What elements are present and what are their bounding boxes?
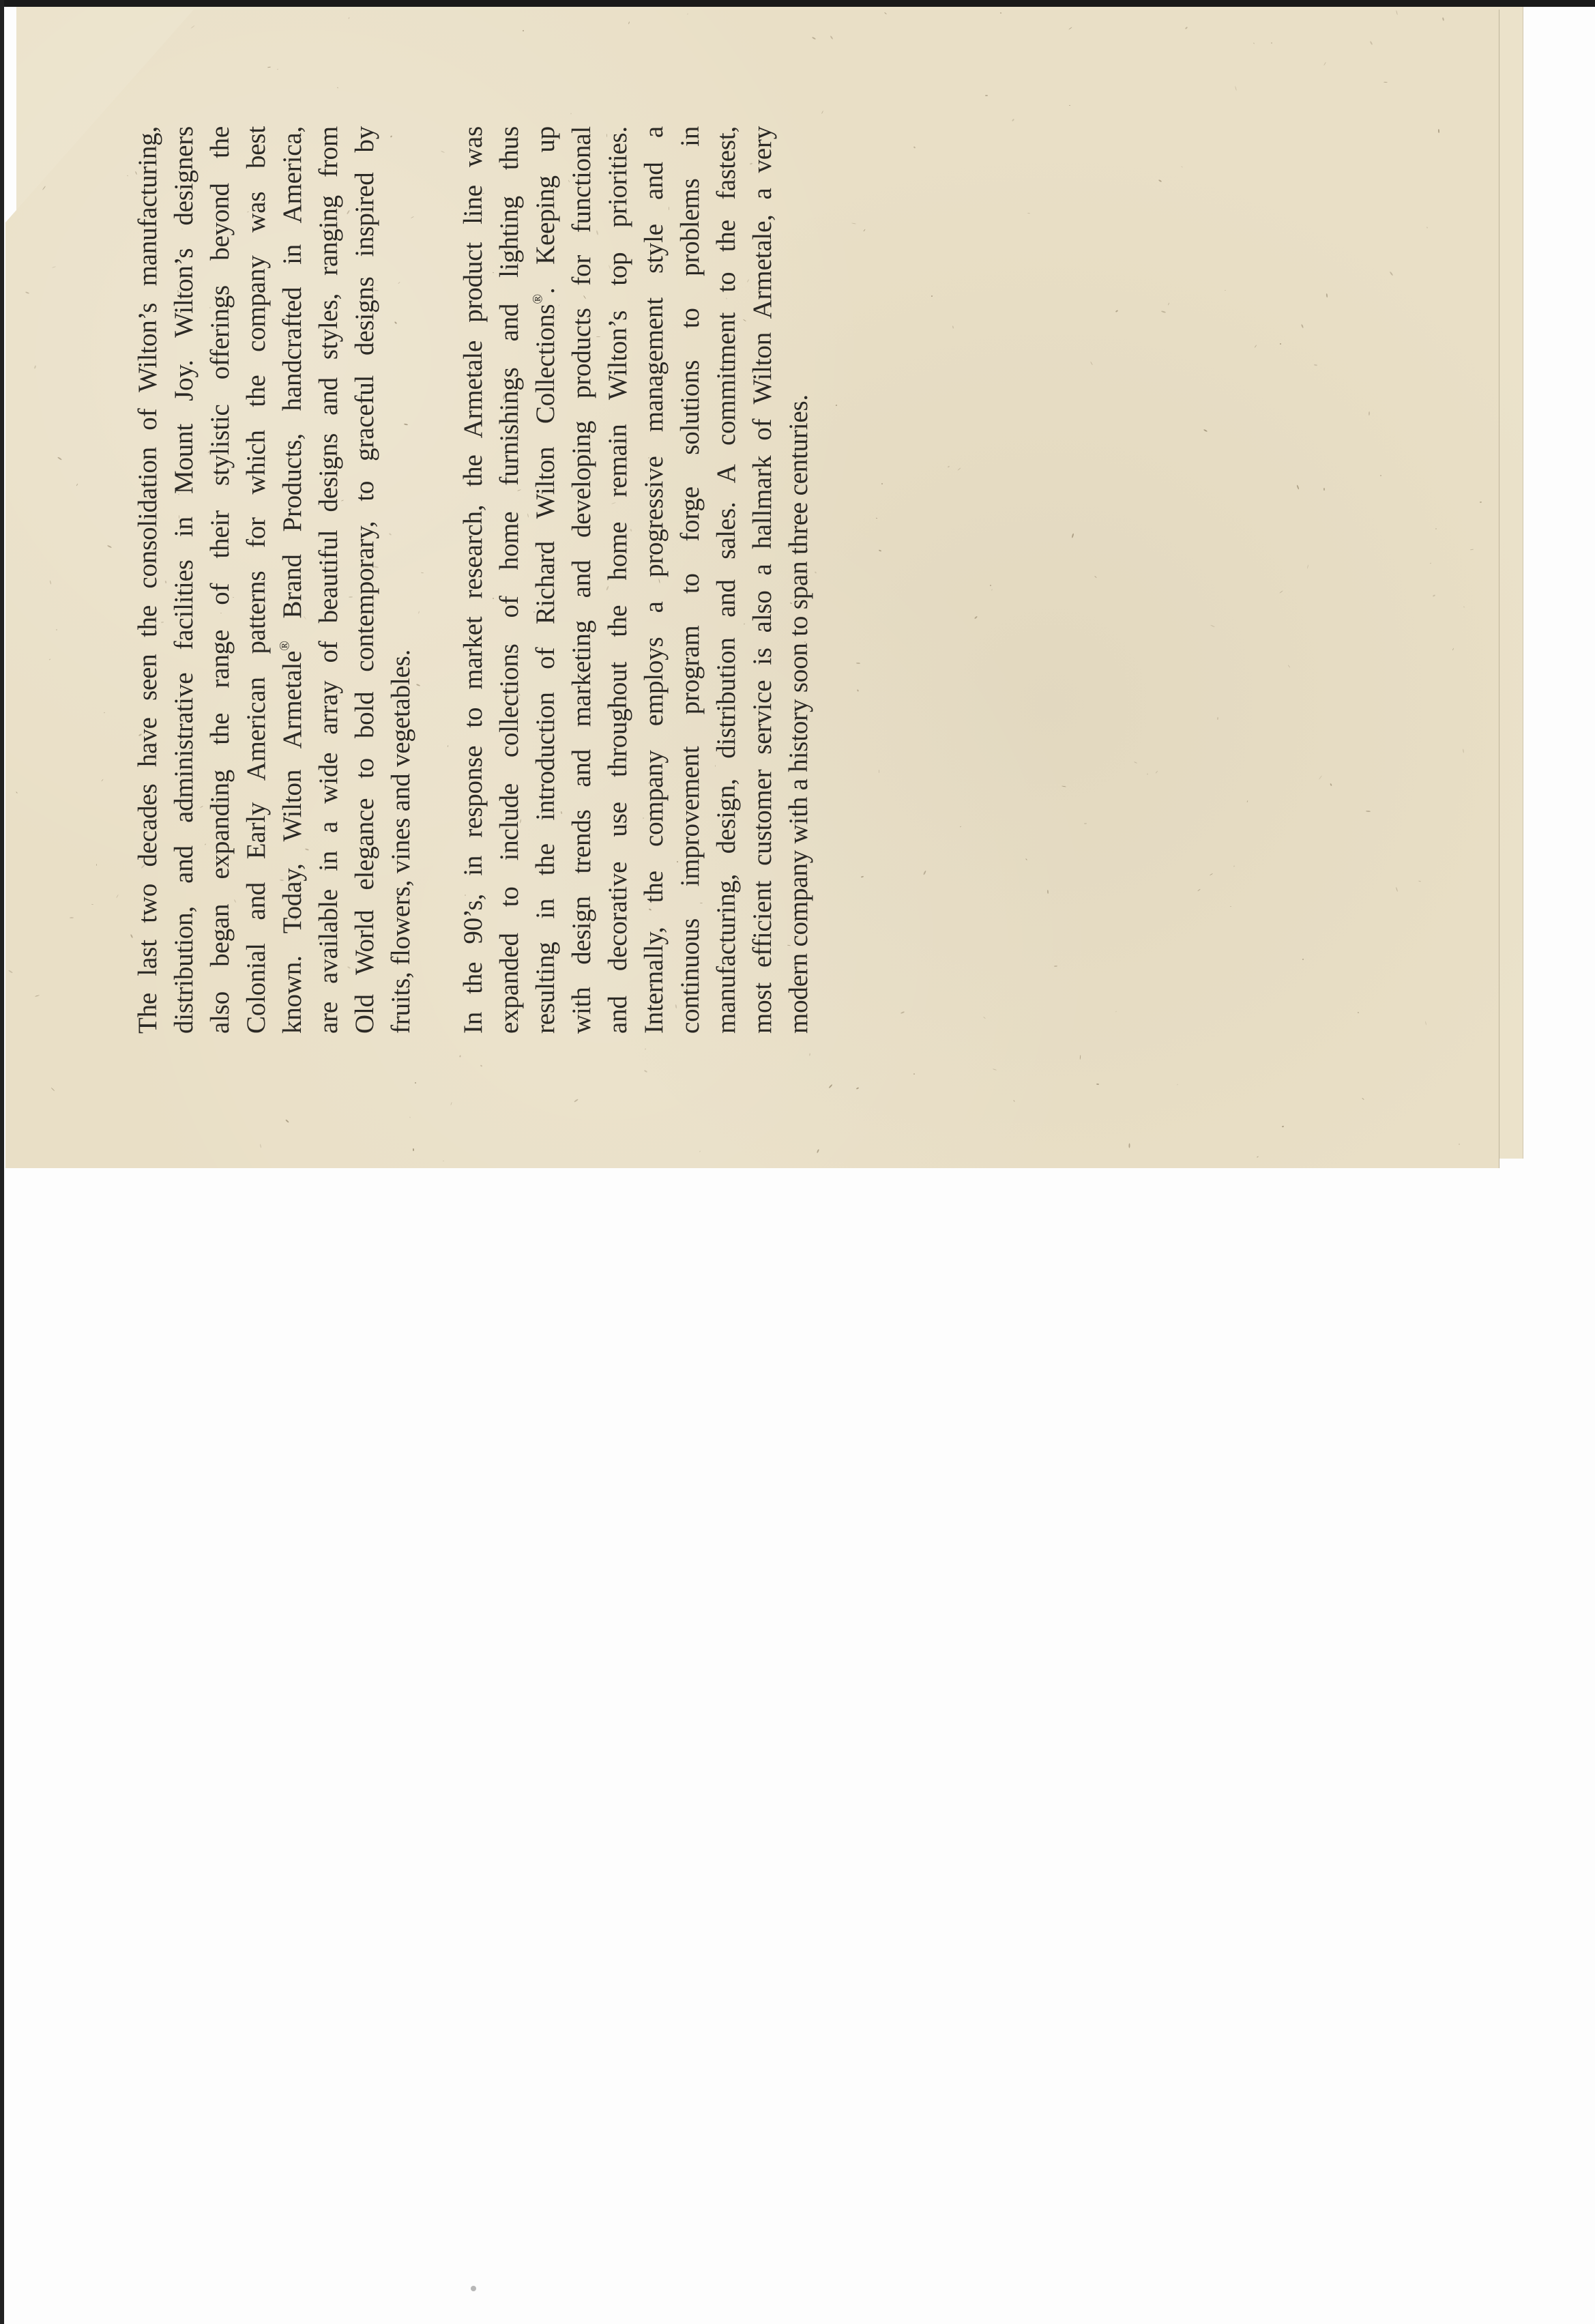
paper-fiber-speck bbox=[923, 870, 926, 875]
paper-fiber-speck bbox=[1128, 1143, 1130, 1148]
paper-fiber-speck bbox=[1255, 345, 1257, 348]
paper-fiber-speck bbox=[863, 229, 865, 232]
paper-fiber-speck bbox=[983, 1017, 986, 1019]
paper-fiber-speck bbox=[285, 1119, 289, 1123]
paper-fiber-speck bbox=[644, 1070, 647, 1073]
paper-fiber-speck bbox=[574, 1099, 579, 1103]
paper-fiber-speck bbox=[1296, 484, 1299, 489]
text-line: Colonial and Early American patterns for… bbox=[238, 126, 274, 1034]
paper-fiber-speck bbox=[76, 484, 78, 486]
text-line: The last two decades have seen the conso… bbox=[130, 126, 166, 1034]
paper-fiber-speck bbox=[830, 35, 834, 40]
paper-fiber-speck bbox=[628, 21, 630, 24]
paper-fiber-speck bbox=[480, 1064, 483, 1066]
paper-fiber-speck bbox=[450, 1102, 452, 1105]
paper-fiber-speck bbox=[1225, 290, 1226, 291]
paper-fiber-speck bbox=[1301, 324, 1304, 328]
paper-fiber-speck bbox=[413, 1148, 414, 1151]
paper-fiber-speck bbox=[1323, 488, 1325, 491]
paper-fiber-speck bbox=[1096, 1084, 1099, 1085]
paper-fiber-speck bbox=[1084, 823, 1087, 824]
paper-fiber-speck bbox=[879, 549, 881, 551]
paper-fiber-speck bbox=[96, 864, 97, 866]
paper-fiber-speck bbox=[957, 467, 961, 471]
text-line: and decorative use throughout the home r… bbox=[600, 126, 636, 1034]
paper-fiber-speck bbox=[1330, 783, 1332, 786]
paper-fiber-speck bbox=[1203, 429, 1208, 433]
paper-fiber-speck bbox=[993, 1069, 997, 1071]
paper-fiber-speck bbox=[1480, 502, 1482, 503]
paper-fiber-speck bbox=[107, 545, 112, 549]
paper-fiber-speck bbox=[1384, 82, 1388, 83]
paper-fiber-speck bbox=[104, 712, 105, 714]
paper-fiber-speck bbox=[1027, 213, 1030, 214]
paper-fiber-speck bbox=[699, 1150, 701, 1152]
paper-fiber-speck bbox=[1094, 576, 1097, 578]
paper-fiber-speck bbox=[70, 917, 74, 918]
paper-fiber-speck bbox=[277, 69, 278, 70]
paper-fiber-speck bbox=[1362, 1098, 1364, 1100]
paper-fiber-speck bbox=[1257, 1156, 1259, 1157]
paper-fiber-speck bbox=[1314, 364, 1317, 366]
paper-fiber-speck bbox=[1181, 166, 1183, 167]
paper-fiber-speck bbox=[1323, 62, 1326, 66]
paper-fiber-speck bbox=[1013, 1100, 1015, 1102]
paper-fiber-speck bbox=[1390, 272, 1394, 276]
paper-fiber-speck bbox=[821, 111, 823, 114]
paper-fiber-speck bbox=[443, 1161, 444, 1161]
paper-fiber-speck bbox=[337, 87, 338, 88]
paper-fiber-speck bbox=[1072, 533, 1074, 538]
paper-fiber-speck bbox=[1080, 1055, 1081, 1060]
text-line: fruits, flowers, vines and vegetables. bbox=[383, 126, 419, 1034]
paper-fiber-speck bbox=[1433, 594, 1435, 597]
paper-fiber-speck bbox=[974, 616, 978, 620]
paper-fiber-speck bbox=[348, 17, 349, 19]
paper-fiber-speck bbox=[1326, 293, 1328, 297]
paper-fiber-speck bbox=[1435, 528, 1437, 529]
text-line: modern company with a history soon to sp… bbox=[780, 126, 817, 1034]
paper-fiber-speck bbox=[1000, 12, 1002, 14]
paper-fiber-speck bbox=[1366, 811, 1371, 812]
paper-fiber-speck bbox=[812, 37, 816, 40]
paper-fiber-speck bbox=[25, 291, 29, 294]
paper-fiber-speck bbox=[1210, 625, 1215, 628]
paper-fiber-speck bbox=[1418, 880, 1421, 882]
paper-fiber-speck bbox=[1230, 906, 1231, 907]
paper-fiber-speck bbox=[1235, 86, 1237, 91]
text-line: with design trends and marketing and dev… bbox=[564, 126, 600, 1034]
document-text: The last two decades have seen the conso… bbox=[130, 126, 853, 1034]
paper-fiber-speck bbox=[948, 465, 950, 467]
paper-fiber-speck bbox=[1134, 761, 1137, 764]
paper-fiber-speck bbox=[1426, 227, 1427, 228]
paper-fiber-speck bbox=[881, 483, 883, 485]
paper-fiber-speck bbox=[1425, 1021, 1426, 1025]
paper-fiber-speck bbox=[985, 95, 988, 96]
paper-fiber-speck bbox=[645, 1048, 645, 1049]
paper-fiber-speck bbox=[990, 585, 991, 586]
paper-fiber-speck bbox=[56, 629, 58, 631]
paper-fiber-speck bbox=[1115, 1011, 1117, 1012]
paper-fiber-speck bbox=[876, 518, 877, 519]
paper-fiber-speck bbox=[1279, 590, 1283, 593]
paper-fiber-speck bbox=[1185, 27, 1188, 29]
paper-fiber-speck bbox=[415, 1082, 417, 1084]
paper-fiber-speck bbox=[1158, 179, 1162, 182]
paper-fiber-speck bbox=[1155, 770, 1158, 773]
scanner-edge-top bbox=[0, 0, 1595, 7]
paper-fiber-speck bbox=[1197, 889, 1201, 892]
text-line: known. Today, Wilton Armetale® Brand Pro… bbox=[274, 126, 310, 1034]
paper-fiber-speck bbox=[523, 30, 525, 32]
paper-fiber-speck bbox=[913, 1073, 916, 1075]
paper-fiber-speck bbox=[1168, 302, 1169, 305]
text-line: Internally, the company employs a progre… bbox=[636, 126, 672, 1034]
paragraph-2: In the 90’s, in response to market resea… bbox=[455, 126, 817, 1034]
paper-fiber-speck bbox=[1280, 343, 1282, 345]
paper-fiber-speck bbox=[16, 791, 18, 794]
paper-fiber-speck bbox=[1062, 785, 1066, 787]
paper-fiber-speck bbox=[267, 67, 271, 68]
paper-fiber-speck bbox=[1246, 800, 1248, 802]
paper-fiber-speck bbox=[901, 1011, 905, 1014]
paper-fiber-speck bbox=[1068, 27, 1072, 29]
paper-fiber-speck bbox=[1025, 858, 1027, 860]
paper-fiber-speck bbox=[91, 904, 93, 905]
paper-fiber-speck bbox=[52, 266, 56, 268]
paper-fiber-speck bbox=[1271, 42, 1272, 44]
paragraph-1: The last two decades have seen the conso… bbox=[130, 126, 419, 1034]
paper-fiber-speck bbox=[1396, 10, 1398, 15]
paper-fiber-speck bbox=[960, 826, 961, 827]
paper-fiber-speck bbox=[8, 970, 13, 973]
paper-fiber-speck bbox=[1307, 564, 1309, 568]
paper-fiber-speck bbox=[1161, 310, 1166, 313]
paper-fiber-speck bbox=[35, 995, 40, 997]
paper-fiber-speck bbox=[952, 325, 954, 328]
paper-fiber-speck bbox=[570, 113, 571, 114]
paper-fiber-speck bbox=[50, 580, 51, 584]
paper-fiber-speck bbox=[1115, 310, 1118, 313]
text-line: also began expanding the range of their … bbox=[202, 126, 238, 1034]
paper-fiber-speck bbox=[856, 1087, 859, 1090]
paper-fiber-speck bbox=[1282, 1126, 1284, 1128]
paper-fiber-speck bbox=[861, 875, 864, 877]
scanner-edge-left bbox=[0, 0, 4, 2324]
text-line: In the 90’s, in response to market resea… bbox=[455, 126, 491, 1034]
text-line: continuous improvement program to forge … bbox=[672, 126, 708, 1034]
paper-fiber-speck bbox=[1430, 562, 1431, 564]
paper-fiber-speck bbox=[1452, 648, 1454, 650]
paper-fiber-speck bbox=[884, 12, 887, 14]
paper-fiber-speck bbox=[116, 895, 119, 899]
text-line: resulting in the introduction of Richard… bbox=[527, 126, 564, 1034]
paper-fiber-speck bbox=[1177, 1084, 1178, 1085]
paper-fiber-speck bbox=[1253, 42, 1255, 44]
paper-fiber-speck bbox=[1463, 749, 1464, 753]
paper-fiber-speck bbox=[817, 1149, 819, 1153]
paper-fiber-speck bbox=[1370, 41, 1373, 45]
paper-fiber-speck bbox=[809, 1053, 810, 1056]
paper-fiber-speck bbox=[931, 295, 933, 297]
paper-fiber-speck bbox=[1358, 1012, 1359, 1013]
paper-fiber-speck bbox=[1217, 717, 1218, 720]
paper-fiber-speck bbox=[991, 589, 993, 590]
paper-fiber-speck bbox=[1369, 411, 1370, 416]
paper-fiber-speck bbox=[1470, 549, 1474, 551]
paper-fiber-speck bbox=[51, 1088, 55, 1092]
paper-fiber-speck bbox=[1012, 119, 1014, 121]
paper-fiber-speck bbox=[1302, 959, 1304, 961]
paper-fiber-speck bbox=[1463, 606, 1465, 607]
paper-fiber-speck bbox=[879, 770, 879, 773]
paper-fiber-speck bbox=[1047, 890, 1049, 894]
text-line: distribution, and administrative facilit… bbox=[166, 126, 202, 1034]
paper-fiber-speck bbox=[1054, 965, 1057, 968]
paper-fiber-speck bbox=[1438, 129, 1439, 133]
paper-fiber-speck bbox=[856, 663, 860, 664]
paper-fiber-speck bbox=[127, 175, 128, 177]
paper-fiber-speck bbox=[57, 456, 62, 460]
text-line: are available in a wide array of beautif… bbox=[310, 126, 347, 1034]
text-line: manufacturing, design, distribution and … bbox=[708, 126, 744, 1034]
paper-fiber-speck bbox=[1233, 865, 1234, 867]
paper-fiber-speck bbox=[49, 658, 50, 660]
paper-fiber-speck bbox=[913, 146, 916, 149]
paper-fiber-speck bbox=[1442, 17, 1444, 20]
paper-fiber-speck bbox=[857, 689, 859, 692]
paper-fiber-speck bbox=[1090, 362, 1093, 366]
paper-fiber-speck bbox=[1288, 665, 1291, 668]
dust-speck bbox=[471, 2286, 476, 2291]
paper-fiber-speck bbox=[34, 365, 37, 368]
paper-fiber-speck bbox=[687, 13, 688, 14]
paper-fiber-speck bbox=[1380, 475, 1382, 477]
text-line: most efficient customer service is also … bbox=[744, 126, 780, 1034]
paper-fiber-speck bbox=[409, 1116, 410, 1118]
paper-fiber-speck bbox=[42, 186, 46, 190]
paper-fiber-speck bbox=[1319, 775, 1322, 779]
text-line: expanded to include collections of home … bbox=[491, 126, 527, 1034]
paper-fiber-speck bbox=[1396, 887, 1398, 892]
text-line: Old World elegance to bold contemporary,… bbox=[347, 126, 383, 1034]
paper-fiber-speck bbox=[1147, 773, 1147, 774]
paper-fiber-speck bbox=[828, 1084, 832, 1089]
paper-fiber-speck bbox=[1459, 1144, 1461, 1146]
paper-fiber-speck bbox=[101, 779, 103, 782]
paper-fiber-speck bbox=[1210, 873, 1213, 875]
paper-fiber-speck bbox=[1069, 105, 1070, 106]
paper-fiber-speck bbox=[459, 1055, 461, 1057]
paper-fiber-speck bbox=[190, 25, 194, 29]
paper-fiber-speck bbox=[260, 1144, 261, 1148]
